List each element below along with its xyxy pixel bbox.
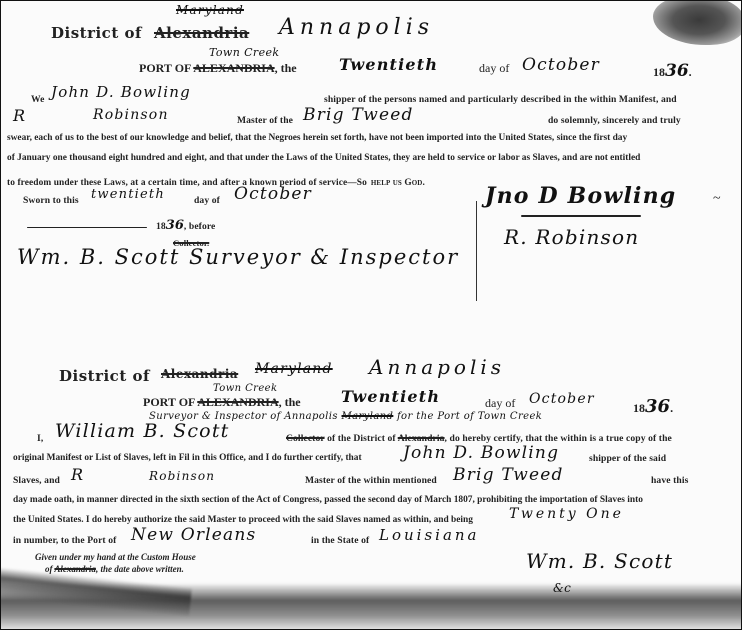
bottom-port-handwritten-above: Town Creek [213,383,277,394]
bottom-officer-handwritten: William B. Scott [55,420,230,442]
district-handwritten: Annapolis [279,15,434,40]
oath-closing: help us God. [371,178,425,188]
bottom-day-handwritten: Twentieth [341,387,440,406]
shipper-text: shipper of the persons named and particu… [324,94,677,105]
bottom-shipper-text: shipper of the said [589,453,666,464]
master-initial-handwritten: R [13,106,26,125]
district-label: District of [51,24,142,42]
bottom-district-handwritten: Annapolis [369,355,505,379]
day-of-label: day of [479,61,509,76]
bottom-port-label: PORT OF ALEXANDRIA, the [143,395,301,410]
signature-master: R. Robinson [504,225,639,249]
bottom-destination-port: New Orleans [131,525,256,545]
signature-flourish [521,215,641,217]
the-label: , the [275,61,297,75]
signature-dash: ~ [713,191,721,207]
given-of: of [45,564,53,574]
sworn-day-handwritten: twentieth [91,187,165,202]
bottom-master-text: Master of the within mentioned [305,475,437,486]
bottom-shipper-handwritten: John D. Bowling [403,443,559,463]
sworn-year: 1836, before [156,218,215,233]
shipper-handwritten: John D. Bowling [51,83,191,101]
port-of: PORT OF [139,61,191,75]
district-struck-above: Maryland [176,3,244,17]
oath-line-3: to freedom under these Laws, at a certai… [7,172,425,190]
sworn-year-suffix: 36 [166,218,184,233]
oath-line-3-text: to freedom under these Laws, at a certai… [7,178,367,188]
bottom-year: 1836. [633,396,673,417]
oath-line-2: of January one thousand eight hundred an… [7,153,640,163]
bottom-state-label: in the State of [311,535,369,546]
day-handwritten: Twentieth [339,55,438,74]
before-label: , before [184,221,216,232]
bottom-count-handwritten: Twenty One [509,506,624,522]
document-page: Maryland District of Alexandria Annapoli… [0,0,742,630]
solemnly-text: do solemnly, sincerely and truly [548,115,681,126]
bottom-year-suffix: 36 [645,396,670,417]
year-prefix: 18 [653,65,665,79]
official-signature: Wm. B. Scott Surveyor & Inspector [17,245,459,269]
year-suffix: 36 [665,61,689,81]
signature-shipper: Jno D Bowling [485,183,676,209]
certify-text-1: of the District of [327,433,396,444]
district-struck: Alexandria [154,24,249,42]
master-of-label: Master of the [237,115,293,126]
sworn-year-prefix: 18 [156,221,166,232]
sworn-label: Sworn to this [23,195,79,206]
bottom-line-2: original Manifest or List of Slaves, lef… [13,453,362,463]
bottom-line-5: the United States. I do hereby authorize… [13,515,473,525]
given-struck: Alexandria [54,564,96,574]
bottom-district-struck: Alexandria [161,367,238,381]
bottom-i-label: I, [37,433,43,444]
given-line-1: Given under my hand at the Custom House [35,552,196,562]
bottom-district-struck-2: Maryland [255,361,333,377]
bottom-collector-struck: Collector [286,433,325,444]
bottom-signature-suffix: &c [553,581,571,595]
bottom-master-initial: R [71,465,84,484]
bottom-line-3-prefix: Slaves, and [13,475,60,486]
port-struck: ALEXANDRIA [193,61,274,75]
bottom-have-this: have this [651,475,688,486]
port-label: PORT OF ALEXANDRIA, the [139,61,297,76]
given-suffix: , the date above written. [96,564,184,574]
bottom-line-4: day made oath, in manner directed in the… [13,495,643,505]
bottom-port-of: PORT OF [143,395,195,409]
port-handwritten-above: Town Creek [209,46,279,59]
signature-divider [476,201,477,301]
bottom-day-of-label: day of [485,396,515,411]
port-for: for the Port of Town Creek [397,411,542,422]
bottom-month-handwritten: October [529,391,595,407]
bottom-signature: Wm. B. Scott [526,549,673,573]
month-handwritten: October [522,55,600,75]
vessel-handwritten: Brig Tweed [303,105,414,125]
sworn-blank-line [27,227,147,228]
bottom-port-struck: ALEXANDRIA [197,395,278,409]
we-label: We [31,94,45,105]
master-handwritten: Robinson [93,107,169,123]
bottom-destination-state: Louisiana [379,526,480,544]
bottom-district-label: District of [59,367,150,385]
ink-stain-top-right [653,0,742,45]
oath-line-1: swear, each of us to the best of our kno… [7,133,627,143]
sworn-month-handwritten: October [234,184,312,204]
officer-title-struck: Maryland [342,411,394,422]
sworn-day-of-label: day of [194,195,220,206]
bottom-vessel-handwritten: Brig Tweed [453,465,564,485]
bottom-master-handwritten: Robinson [149,469,215,483]
year: 1836. [653,61,692,81]
bottom-year-prefix: 18 [633,401,645,415]
given-line-2: of Alexandria, the date above written. [45,564,184,574]
bottom-the-label: , the [279,395,301,409]
bottom-line-6-prefix: in number, to the Port of [13,535,116,546]
